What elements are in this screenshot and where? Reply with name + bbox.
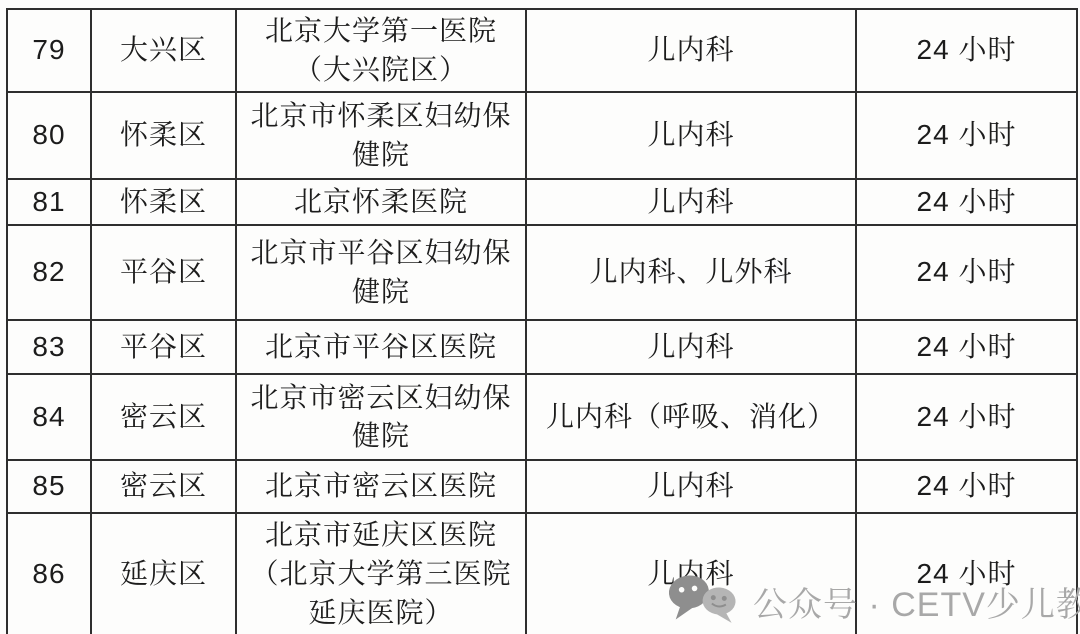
cell-hospital-name: 北京大学第一医院 （大兴院区）	[236, 9, 526, 92]
table-row: 85 密云区 北京市密云区医院 儿内科 24 小时	[7, 460, 1077, 513]
cell-department: 儿内科（呼吸、消化）	[526, 374, 856, 460]
cell-district: 怀柔区	[91, 179, 236, 225]
cell-service-hours: 24 小时	[856, 92, 1077, 179]
cell-hospital-name: 北京怀柔医院	[236, 179, 526, 225]
table-row: 81 怀柔区 北京怀柔医院 儿内科 24 小时	[7, 179, 1077, 225]
cell-district: 密云区	[91, 374, 236, 460]
cell-row-number: 81	[7, 179, 91, 225]
cell-service-hours: 24 小时	[856, 225, 1077, 320]
table-row: 83 平谷区 北京市平谷区医院 儿内科 24 小时	[7, 320, 1077, 374]
cell-service-hours: 24 小时	[856, 460, 1077, 513]
cell-department: 儿内科	[526, 9, 856, 92]
cell-department: 儿内科	[526, 92, 856, 179]
cell-service-hours: 24 小时	[856, 513, 1077, 634]
cell-district: 延庆区	[91, 513, 236, 634]
cell-district: 密云区	[91, 460, 236, 513]
cell-hospital-name: 北京市密云区医院	[236, 460, 526, 513]
hospital-table: 79 大兴区 北京大学第一医院 （大兴院区） 儿内科 24 小时 80 怀柔区 …	[6, 8, 1078, 634]
cell-department: 儿内科	[526, 179, 856, 225]
cell-hospital-name: 北京市延庆区医院 （北京大学第三医院 延庆医院）	[236, 513, 526, 634]
cell-department: 儿内科	[526, 460, 856, 513]
cell-row-number: 85	[7, 460, 91, 513]
cell-department: 儿内科、儿外科	[526, 225, 856, 320]
cell-district: 怀柔区	[91, 92, 236, 179]
page-background: 79 大兴区 北京大学第一医院 （大兴院区） 儿内科 24 小时 80 怀柔区 …	[0, 0, 1080, 634]
cell-department: 儿内科	[526, 320, 856, 374]
cell-district: 平谷区	[91, 320, 236, 374]
cell-row-number: 84	[7, 374, 91, 460]
cell-row-number: 82	[7, 225, 91, 320]
cell-row-number: 80	[7, 92, 91, 179]
cell-hospital-name: 北京市平谷区医院	[236, 320, 526, 374]
cell-service-hours: 24 小时	[856, 9, 1077, 92]
table-row: 80 怀柔区 北京市怀柔区妇幼保 健院 儿内科 24 小时	[7, 92, 1077, 179]
table-row: 82 平谷区 北京市平谷区妇幼保 健院 儿内科、儿外科 24 小时	[7, 225, 1077, 320]
table-row: 84 密云区 北京市密云区妇幼保 健院 儿内科（呼吸、消化） 24 小时	[7, 374, 1077, 460]
table-row: 86 延庆区 北京市延庆区医院 （北京大学第三医院 延庆医院） 儿内科 24 小…	[7, 513, 1077, 634]
cell-row-number: 83	[7, 320, 91, 374]
cell-row-number: 86	[7, 513, 91, 634]
cell-hospital-name: 北京市怀柔区妇幼保 健院	[236, 92, 526, 179]
cell-hospital-name: 北京市平谷区妇幼保 健院	[236, 225, 526, 320]
cell-hospital-name: 北京市密云区妇幼保 健院	[236, 374, 526, 460]
cell-row-number: 79	[7, 9, 91, 92]
table-row: 79 大兴区 北京大学第一医院 （大兴院区） 儿内科 24 小时	[7, 9, 1077, 92]
cell-service-hours: 24 小时	[856, 179, 1077, 225]
cell-department: 儿内科	[526, 513, 856, 634]
cell-district: 平谷区	[91, 225, 236, 320]
cell-service-hours: 24 小时	[856, 320, 1077, 374]
cell-district: 大兴区	[91, 9, 236, 92]
cell-service-hours: 24 小时	[856, 374, 1077, 460]
